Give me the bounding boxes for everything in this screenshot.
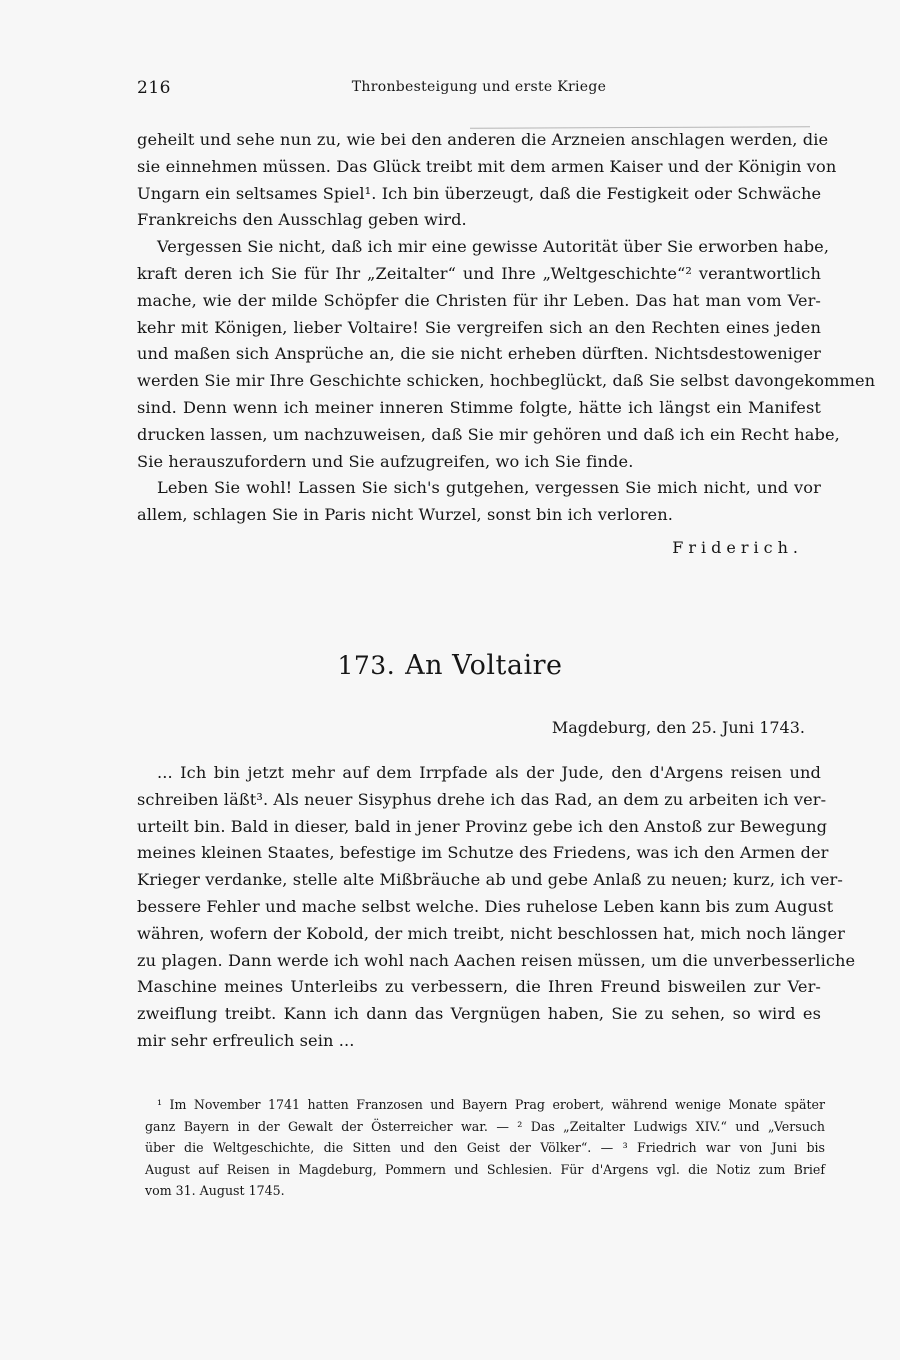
text-line: Leben Sie wohl! Lassen Sie sich's gutgeh… bbox=[137, 475, 821, 502]
letter-number: 173. bbox=[337, 651, 395, 680]
text-line: Krieger verdanke, stelle alte Mißbräuche… bbox=[137, 867, 821, 894]
text-line: zu plagen. Dann werde ich wohl nach Aach… bbox=[137, 948, 821, 975]
text-line: Frankreichs den Ausschlag geben wird. bbox=[137, 207, 821, 234]
text-line: bessere Fehler und mache selbst welche. … bbox=[137, 894, 821, 921]
running-head-title: Thronbesteigung und erste Kriege bbox=[137, 79, 821, 95]
text-line: werden Sie mir Ihre Geschichte schicken,… bbox=[137, 368, 821, 395]
footnote-line: über die Weltgeschichte, die Sitten und … bbox=[145, 1137, 825, 1159]
footnote-line: vom 31. August 1745. bbox=[145, 1180, 825, 1202]
letter-173-body: ... Ich bin jetzt mehr auf dem Irrpfade … bbox=[137, 760, 821, 1055]
footnote-line: August auf Reisen in Magdeburg, Pommern … bbox=[145, 1159, 825, 1181]
text-line: währen, wofern der Kobold, der mich trei… bbox=[137, 921, 821, 948]
footnote-line: ganz Bayern in der Gewalt der Österreich… bbox=[145, 1116, 825, 1138]
text-line: sie einnehmen müssen. Das Glück treibt m… bbox=[137, 154, 821, 181]
text-line: kraft deren ich Sie für Ihr „Zeitalter“ … bbox=[137, 261, 821, 288]
text-line: und maßen sich Ansprüche an, die sie nic… bbox=[137, 341, 821, 368]
text-line: urteilt bin. Bald in dieser, bald in jen… bbox=[137, 814, 821, 841]
footnotes: ¹ Im November 1741 hatten Franzosen und … bbox=[145, 1094, 825, 1202]
letter-title: An Voltaire bbox=[405, 650, 562, 681]
signature: Friderich. bbox=[137, 533, 821, 563]
letter-heading: 173.An Voltaire bbox=[0, 650, 900, 681]
text-line: Sie herauszufordern und Sie aufzugreifen… bbox=[137, 449, 821, 476]
text-line: ... Ich bin jetzt mehr auf dem Irrpfade … bbox=[137, 760, 821, 787]
text-line: allem, schlagen Sie in Paris nicht Wurze… bbox=[137, 502, 821, 529]
book-page: 216 Thronbesteigung und erste Kriege geh… bbox=[0, 0, 900, 1360]
text-line: zweiflung treibt. Kann ich dann das Verg… bbox=[137, 1001, 821, 1028]
text-line: geheilt und sehe nun zu, wie bei den and… bbox=[137, 127, 821, 154]
text-line: mache, wie der milde Schöpfer die Christ… bbox=[137, 288, 821, 315]
text-line: Ungarn ein seltsames Spiel¹. Ich bin übe… bbox=[137, 181, 821, 208]
text-line: Vergessen Sie nicht, daß ich mir eine ge… bbox=[137, 234, 821, 261]
dateline: Magdeburg, den 25. Juni 1743. bbox=[137, 718, 805, 737]
text-line: mir sehr erfreulich sein ... bbox=[137, 1028, 821, 1055]
text-line: drucken lassen, um nachzuweisen, daß Sie… bbox=[137, 422, 821, 449]
text-line: Maschine meines Unterleibs zu verbessern… bbox=[137, 974, 821, 1001]
text-line: schreiben läßt³. Als neuer Sisyphus dreh… bbox=[137, 787, 821, 814]
footnote-line: ¹ Im November 1741 hatten Franzosen und … bbox=[145, 1094, 825, 1116]
running-head: 216 Thronbesteigung und erste Kriege bbox=[137, 78, 821, 102]
text-line: sind. Denn wenn ich meiner inneren Stimm… bbox=[137, 395, 821, 422]
text-line: kehr mit Königen, lieber Voltaire! Sie v… bbox=[137, 315, 821, 342]
text-line: meines kleinen Staates, befestige im Sch… bbox=[137, 840, 821, 867]
letter-172-continuation: geheilt und sehe nun zu, wie bei den and… bbox=[137, 127, 821, 563]
